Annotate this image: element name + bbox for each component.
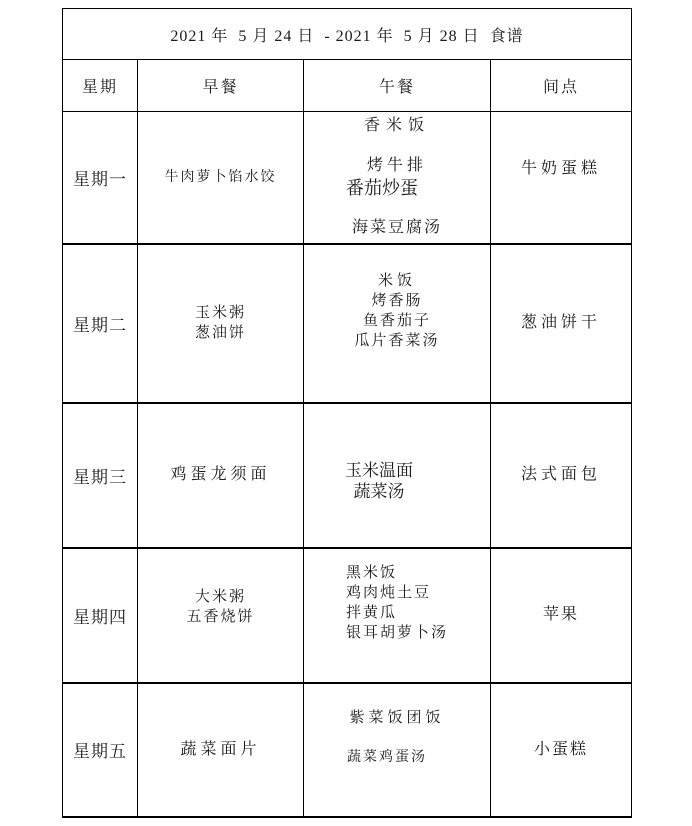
dish-name: 拌黄瓜 [346,603,448,623]
column-header-day: 星期 [63,60,138,112]
dish-name: 葱油饼干 [491,313,631,333]
snack-cell: 小蛋糕 [491,683,632,817]
dish-name: 葱油饼 [195,323,246,343]
lunch-cell: 玉米温面 蔬菜汤 [304,403,491,548]
dish-name: 蔬菜面片 [180,740,260,760]
lunch-cell: 香米饭 烤牛排 番茄炒蛋 海菜豆腐汤 [304,112,491,244]
table-row-tuesday: 星期二 玉米粥 葱油饼 米饭 烤香肠 鱼香茄子 瓜片香菜汤 葱油饼干 [63,244,632,403]
day-label: 星期二 [63,311,137,336]
day-cell: 星期一 [63,112,138,244]
dish-name: 小蛋糕 [491,740,631,760]
breakfast-cell: 玉米粥 葱油饼 [138,244,304,403]
dish-name: 海菜豆腐汤 [352,218,442,238]
day-label: 星期一 [63,165,137,190]
dish-name: 法式面包 [491,465,631,485]
dish-name: 紫菜饭团饭 [349,708,444,728]
column-header-breakfast: 早餐 [138,60,304,112]
breakfast-cell: 大米粥 五香烧饼 [138,548,304,683]
dish-name: 鸡蛋龙须面 [170,465,270,485]
header-breakfast-label: 早餐 [202,79,238,96]
table-row-thursday: 星期四 大米粥 五香烧饼 黑米饭 鸡肉炖土豆 拌黄瓜 银耳胡萝卜汤 [63,548,632,683]
lunch-cell: 紫菜饭团饭 蔬菜鸡蛋汤 [304,683,491,817]
menu-table: 2021 年 5 月 24 日 - 2021 年 5 月 28 日 食谱 星期 … [62,8,632,818]
lunch-cell: 米饭 烤香肠 鱼香茄子 瓜片香菜汤 [304,244,491,403]
document-page: 2021 年 5 月 24 日 - 2021 年 5 月 28 日 食谱 星期 … [0,0,692,826]
document-title: 2021 年 5 月 24 日 - 2021 年 5 月 28 日 食谱 [63,23,631,46]
dish-name: 番茄炒蛋 [346,176,418,200]
column-header-snack: 间点 [491,60,632,112]
title-row: 2021 年 5 月 24 日 - 2021 年 5 月 28 日 食谱 [63,9,632,60]
day-label: 星期四 [63,603,137,628]
dish-name: 香米饭 [364,116,430,136]
dish-name: 瓜片香菜汤 [354,331,439,351]
dish-name: 烤牛排 [367,156,427,176]
breakfast-cell: 蔬菜面片 [138,683,304,817]
snack-cell: 葱油饼干 [491,244,632,403]
column-header-lunch: 午餐 [304,60,491,112]
header-day-label: 星期 [82,79,118,96]
snack-cell: 牛奶蛋糕 [491,112,632,244]
dish-name: 烤香肠 [371,291,422,311]
dish-name: 蔬菜汤 [354,481,405,502]
table-row-friday: 星期五 蔬菜面片 紫菜饭团饭 蔬菜鸡蛋汤 小蛋糕 [63,683,632,817]
day-cell: 星期四 [63,548,138,683]
dish-name: 黑米饭 [346,563,448,583]
dish-name: 五香烧饼 [186,607,254,627]
dish-name: 玉米温面 [345,460,413,481]
day-label: 星期五 [63,737,137,762]
dish-name: 米饭 [378,271,416,291]
table-row-wednesday: 星期三 鸡蛋龙须面 玉米温面 蔬菜汤 法式面包 [63,403,632,548]
day-label: 星期三 [63,463,137,488]
header-row: 星期 早餐 午餐 间点 [63,60,632,112]
dish-name: 牛奶蛋糕 [491,159,631,179]
dish-name: 鱼香茄子 [363,311,431,331]
header-snack-label: 间点 [543,79,579,96]
lunch-cell: 黑米饭 鸡肉炖土豆 拌黄瓜 银耳胡萝卜汤 [304,548,491,683]
header-lunch-label: 午餐 [379,79,415,96]
title-cell: 2021 年 5 月 24 日 - 2021 年 5 月 28 日 食谱 [63,9,632,60]
dish-name: 大米粥 [195,587,246,607]
table-row-monday: 星期一 牛肉萝卜馅水饺 香米饭 烤牛排 番茄炒蛋 海菜豆腐汤 牛奶蛋糕 [63,112,632,244]
dish-name: 银耳胡萝卜汤 [346,623,448,643]
snack-cell: 法式面包 [491,403,632,548]
day-cell: 星期五 [63,683,138,817]
breakfast-cell: 牛肉萝卜馅水饺 [138,112,304,244]
day-cell: 星期二 [63,244,138,403]
dish-name: 牛肉萝卜馅水饺 [165,168,277,187]
day-cell: 星期三 [63,403,138,548]
dish-name: 苹果 [491,605,631,625]
dish-name: 蔬菜鸡蛋汤 [347,748,427,767]
dish-name: 鸡肉炖土豆 [346,583,448,603]
breakfast-cell: 鸡蛋龙须面 [138,403,304,548]
dish-name: 玉米粥 [195,303,246,323]
snack-cell: 苹果 [491,548,632,683]
